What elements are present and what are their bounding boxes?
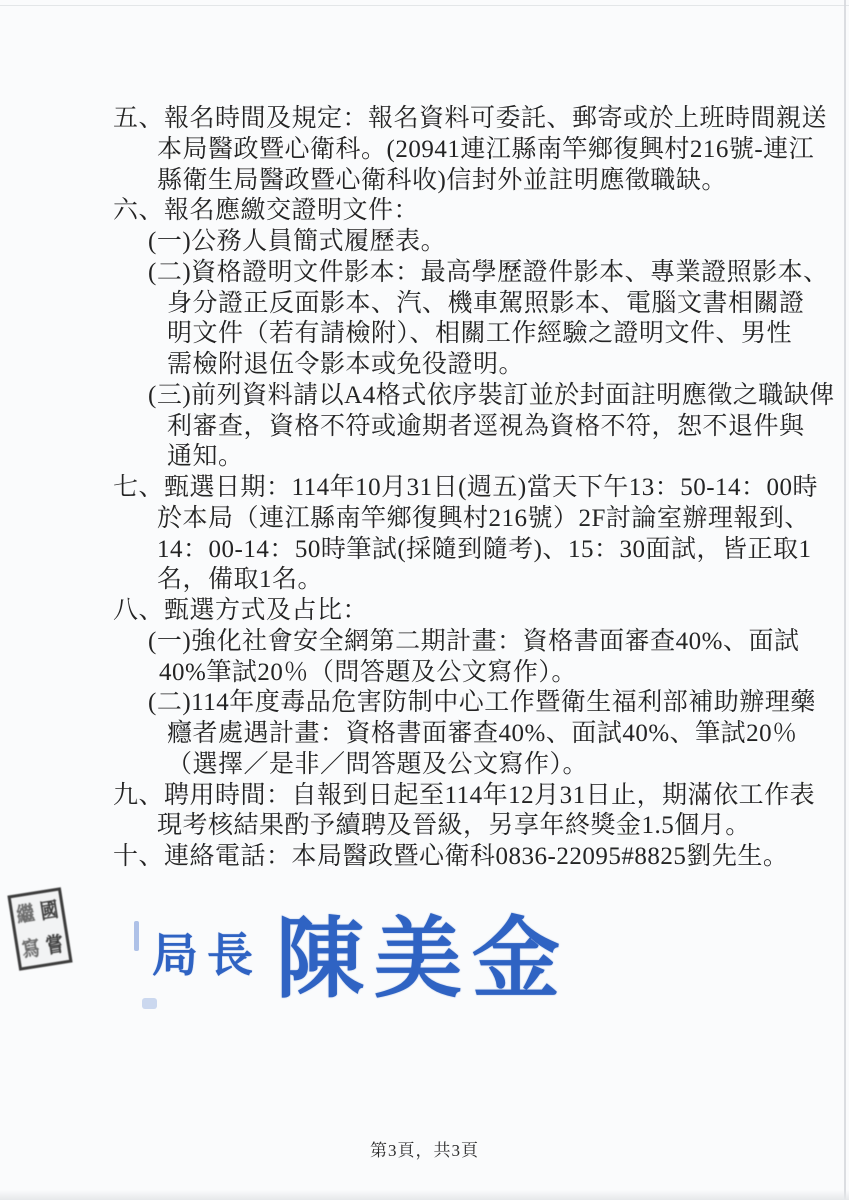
- scan-edge-bottom: [0, 1190, 849, 1200]
- doc-line: 通知。: [113, 442, 835, 473]
- doc-line: 明文件（若有請檢附）、相關工作經驗之證明文件、男性: [113, 319, 835, 350]
- document-body-text: 五、報名時間及規定：報名資料可委託、郵寄或於上班時間親送 本局醫政暨心衛科。(2…: [113, 104, 835, 873]
- doc-line: 縣衛生局醫政暨心衛科收)信封外並註明應徵職缺。: [113, 166, 835, 197]
- doc-line: 現考核結果酌予續聘及晉級，另享年終獎金1.5個月。: [113, 811, 835, 842]
- doc-line: 14：00-14：50時筆試(採隨到隨考)、15：30面試，皆正取1: [113, 535, 835, 566]
- doc-line: 六、報名應繳交證明文件：: [113, 196, 835, 227]
- doc-line: (一)公務人員簡式履歷表。: [113, 227, 835, 258]
- director-name-stamp: 陳美金: [276, 889, 570, 1015]
- director-signature-stamp: 局長 陳美金: [152, 899, 570, 1005]
- doc-line: 利審查，資格不符或逾期者逕視為資格不符，恕不退件與: [113, 412, 835, 443]
- doc-line: 需檢附退伍令影本或免役證明。: [113, 350, 835, 381]
- doc-line: 五、報名時間及規定：報名資料可委託、郵寄或於上班時間親送: [113, 104, 835, 135]
- doc-line: (二)資格證明文件影本：最高學歷證件影本、專業證照影本、: [113, 258, 835, 289]
- doc-line: 九、聘用時間：自報到日起至114年12月31日止，期滿依工作表: [113, 781, 835, 812]
- doc-line: (三)前列資料請以A4格式依序裝訂並於封面註明應徵之職缺俾: [113, 381, 835, 412]
- doc-line: 名，備取1名。: [113, 565, 835, 596]
- seal-glyph: 繼: [15, 902, 36, 925]
- doc-line: 七、甄選日期：114年10月31日(週五)當天下午13：50-14：00時: [113, 473, 835, 504]
- doc-line: 十、連絡電話：本局醫政暨心衛科0836-22095#8825劉先生。: [113, 842, 835, 873]
- doc-line: 本局醫政暨心衛科。(20941連江縣南竿鄉復興村216號-連江: [113, 135, 835, 166]
- doc-line: 身分證正反面影本、汽、機車駕照影本、電腦文書相關證: [113, 289, 835, 320]
- stamp-ink-smudge: [134, 921, 139, 951]
- doc-line: 於本局（連江縣南竿鄉復興村216號）2F討論室辦理報到、: [113, 504, 835, 535]
- seal-glyph: 國: [39, 898, 60, 921]
- scan-edge-top: [0, 5, 849, 6]
- doc-line: (二)114年度毒品危害防制中心工作暨衛生福利部補助辦理藥: [113, 688, 835, 719]
- director-title-stamp: 局長: [152, 919, 262, 985]
- doc-line: 癮者處遇計畫：資格書面審查40%、面試40%、筆試20％: [113, 719, 835, 750]
- page-number-footer: 第3頁，共3頁: [0, 1136, 849, 1161]
- doc-line: 八、甄選方式及占比：: [113, 596, 835, 627]
- seal-glyph: 寫: [20, 937, 41, 960]
- doc-line: (一)強化社會安全網第二期計畫：資格書面審查40%、面試: [113, 627, 835, 658]
- seal-glyph: 嘗: [44, 933, 65, 956]
- corner-ink-seal: 繼 國 寫 嘗: [7, 887, 72, 971]
- doc-line: 40%筆試20％（問答題及公文寫作）。: [113, 658, 835, 689]
- scanned-document-page: 五、報名時間及規定：報名資料可委託、郵寄或於上班時間親送 本局醫政暨心衛科。(2…: [0, 0, 849, 1200]
- scan-edge-right: [844, 0, 846, 1200]
- doc-line: （選擇／是非／問答題及公文寫作）。: [113, 750, 835, 781]
